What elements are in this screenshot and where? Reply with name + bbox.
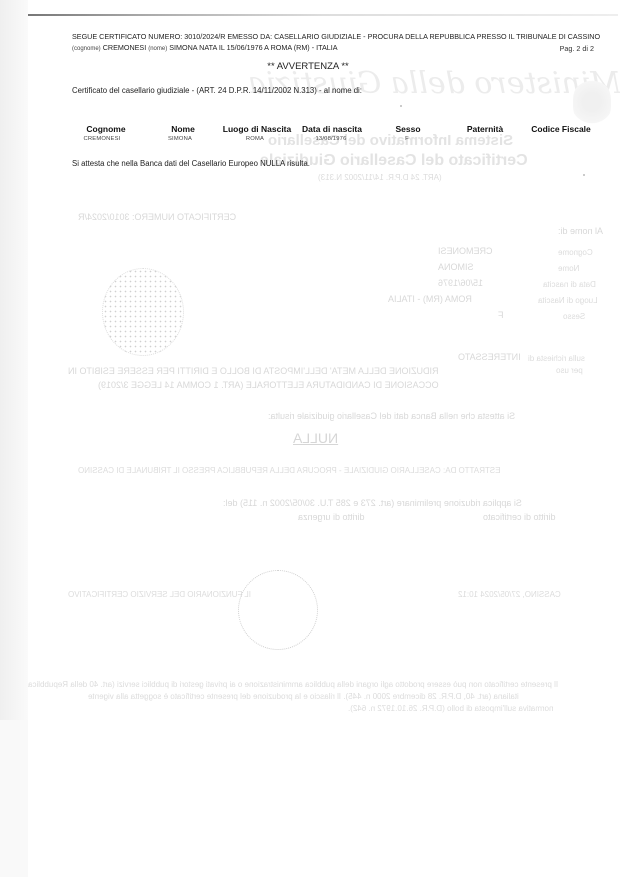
ghost-footer-line2: italiana (art. 40, D.P.R. 28 dicembre 20… <box>88 692 519 701</box>
page-number: Pag. 2 di 2 <box>560 44 594 53</box>
header-subject-line: (cognome) CREMONESI (nome) SIMONA NATA I… <box>72 43 338 52</box>
ghost-system-title: Sistema Informativo del Casellario <box>268 132 513 149</box>
ghost-diritti-line2: diritto di certificato <box>483 512 556 522</box>
ghost-field-label: Data di nascita <box>543 280 596 289</box>
ghost-field-value: 15/06/1976 <box>438 278 483 288</box>
column-header-sesso: Sesso <box>395 124 420 134</box>
ghost-field-value: SIMONA <box>438 262 474 272</box>
ghost-uso-label: per uso <box>556 366 583 375</box>
ghost-richiesta-value: INTERESSATO <box>458 352 521 362</box>
cell-cognome: CREMONESI <box>84 136 121 142</box>
ghost-uso-line2: OCCASIONE DI CANDIDATURA ELETTORALE (ART… <box>98 380 439 390</box>
ghost-nulla: NULLA <box>293 430 338 446</box>
ghost-field-value: F <box>498 310 504 320</box>
cell-luogo-nascita: ROMA <box>246 136 264 142</box>
column-header-data-nascita: Data di nascita <box>302 124 362 134</box>
emblem-icon <box>573 79 611 125</box>
cell-sesso: F <box>405 136 409 142</box>
header-cognome-label: (cognome) <box>72 46 101 52</box>
ghost-field-label: Nome <box>558 264 579 273</box>
ghost-diritti-line3: diritto di urgenza <box>298 512 365 522</box>
scan-speck <box>583 174 585 176</box>
notice-intro: Certificato del casellario giudiziale - … <box>72 86 362 95</box>
ghost-place-date: CASSINO, 27/05/2024 10:12 <box>458 590 561 599</box>
column-header-nome: Nome <box>171 124 195 134</box>
ghost-cert-number: CERTIFICATO NUMERO: 3010/2024/R <box>78 212 236 222</box>
ghost-uso-line1: RIDUZIONE DELLA META' DELL'IMPOSTA DI BO… <box>68 366 439 376</box>
ghost-attesta: Si attesta che nella Banca dati del Case… <box>268 411 515 421</box>
ghost-field-label: Luogo di Nascita <box>538 296 598 305</box>
header-nome-label: (nome) <box>148 46 167 52</box>
ghost-round-stamp <box>238 570 318 650</box>
ghost-cert-ref: (ART. 24 D.P.R. 14/11/2002 N.313) <box>318 173 442 182</box>
ghost-diritti-line1: Si applica riduzione preliminare (art. 2… <box>223 498 522 508</box>
certificate-page: Ministero della Giustizia Sistema Inform… <box>28 16 620 877</box>
scan-speck <box>400 105 402 107</box>
column-header-luogo-nascita: Luogo di Nascita <box>223 124 291 134</box>
header-subject-details: SIMONA NATA IL 15/06/1976 A ROMA (RM) - … <box>169 43 337 52</box>
ghost-footer-line1: Il presente certificato non può essere p… <box>28 680 558 689</box>
ghost-field-label: Cognome <box>558 248 593 257</box>
header-certificate-line: SEGUE CERTIFICATO NUMERO: 3010/2024/R EM… <box>72 32 600 41</box>
scan-edge-left-bottom <box>0 720 28 877</box>
ghost-richiesta-label: sulla richiesta di <box>528 354 585 363</box>
column-header-cognome: Cognome <box>86 124 125 134</box>
cell-data-nascita: 13/08/1976 <box>315 136 346 142</box>
ghost-field-label: Sesso <box>563 312 585 321</box>
ghost-al-nome-di: Al nome di: <box>558 226 603 236</box>
column-header-paternita: Paternità <box>467 124 503 134</box>
closing-statement: Si attesta che nella Banca dati del Case… <box>72 159 310 168</box>
ghost-footer-line3: normativa sull'imposta di bollo (D.P.R. … <box>348 704 554 713</box>
ghost-field-value: CREMONESI <box>438 246 493 256</box>
cell-nome: SIMONA <box>168 136 192 142</box>
ghost-field-value: ROMA (RM) - ITALIA <box>388 294 472 304</box>
header-cognome: CREMONESI <box>103 43 147 52</box>
ghost-estratto: ESTRATTO DA: CASELLARIO GIUDIZIALE - PRO… <box>78 466 501 475</box>
notice-title: ** AVVERTENZA ** <box>28 61 588 72</box>
ghost-seal-stamp <box>102 268 184 356</box>
ghost-funzionario: IL FUNZIONARIO DEL SERVIZIO CERTIFICATIV… <box>68 590 251 599</box>
column-header-codice-fiscale: Codice Fiscale <box>531 124 591 134</box>
